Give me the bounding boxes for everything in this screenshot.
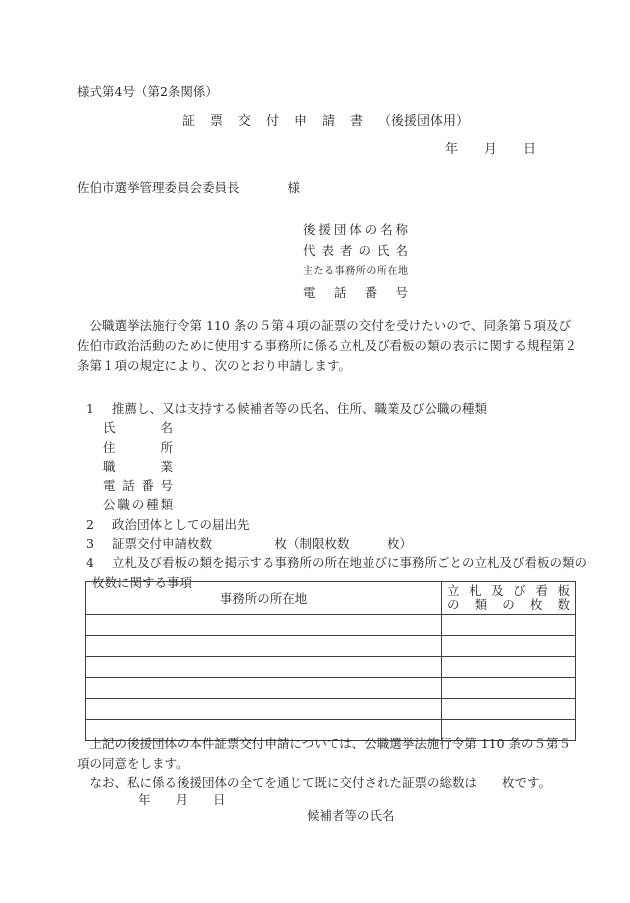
sign-count-column-header: 立札及び看板 の類の枚数 [442, 582, 576, 615]
statement-line: 条第１項の規定により、次のとおり申請します。 [77, 356, 577, 376]
item-text: 推薦し、又は支持する候補者等の氏名、住所、職業及び公職の種類 [112, 401, 487, 416]
candidate-name-signature-label: 候補者等の氏名 [307, 806, 395, 824]
document-title-main: 証票交付申請書 [182, 114, 378, 129]
public-office-type-field-label: 公職の種類 [103, 495, 173, 514]
sign-count-cell [442, 657, 576, 678]
list-item-4: 4立札及び看板の類を掲示する事務所の所在地並びに事務所ごとの立札及び看板の類の [86, 553, 587, 572]
numbered-item-list: 1推薦し、又は支持する候補者等の氏名、住所、職業及び公職の種類 氏名 住所 職業… [86, 399, 587, 592]
sign-count-cell [442, 615, 576, 636]
office-address-column-header: 事務所の所在地 [86, 582, 442, 615]
office-table-row [86, 657, 576, 678]
item-number: 2 [86, 515, 112, 534]
statement-line: 公職選挙法施行令第 110 条の５第４項の証票の交付を受けたいので、同条第５項及… [77, 316, 577, 336]
office-table-row [86, 699, 576, 720]
addressee-honorific: 様 [288, 180, 301, 195]
office-sign-table: 事務所の所在地 立札及び看板 の類の枚数 [85, 581, 576, 741]
addressee-name: 佐伯市選挙管理委員会委員長 [77, 180, 240, 195]
form-number: 様式第4号（第2条関係） [77, 82, 218, 100]
office-table-row [86, 636, 576, 657]
candidate-occupation-field-label: 職業 [103, 457, 173, 476]
office-address-cell [86, 657, 442, 678]
list-item-2: 2政治団体としての届出先 [86, 515, 587, 534]
candidate-phone-field-label: 電話番号 [103, 476, 173, 495]
item-text: 証票交付申請枚数 枚（制限枚数 枚） [112, 536, 412, 551]
sign-count-header-line2: の類の枚数 [447, 598, 570, 613]
sign-count-cell [442, 678, 576, 699]
main-office-address-label: 主たる事務所の所在地 [303, 262, 408, 283]
document-title: 証票交付申請書（後援団体用） [182, 110, 469, 129]
office-address-cell [86, 699, 442, 720]
office-address-cell [86, 615, 442, 636]
office-address-cell [86, 678, 442, 699]
addressee-line: 佐伯市選挙管理委員会委員長様 [77, 178, 300, 196]
item-number: 1 [86, 399, 112, 418]
item-text: 立札及び看板の類を掲示する事務所の所在地並びに事務所ごとの立札及び看板の類の [112, 555, 587, 570]
item-number: 4 [86, 553, 112, 572]
application-form-page: 様式第4号（第2条関係） 証票交付申請書（後援団体用） 年 月 日 佐伯市選挙管… [0, 0, 630, 903]
bottom-date-line: 年 月 日 [138, 790, 226, 808]
sign-count-cell [442, 636, 576, 657]
phone-number-label: 電話番号 [303, 283, 408, 304]
office-address-cell [86, 636, 442, 657]
applicant-label-block: 後援団体の名称 代表者の氏名 主たる事務所の所在地 電話番号 [303, 220, 408, 304]
consent-line: 項の同意をします。 [77, 754, 571, 774]
statement-line: 佐伯市政治活動のために使用する事務所に係る立札及び看板の類の表示に関する規程第２ [77, 336, 577, 356]
application-statement: 公職選挙法施行令第 110 条の５第４項の証票の交付を受けたいので、同条第５項及… [77, 316, 577, 376]
list-item-3: 3証票交付申請枚数 枚（制限枚数 枚） [86, 534, 587, 553]
representative-name-label: 代表者の氏名 [303, 241, 408, 262]
sign-count-header-line1: 立札及び看板 [447, 584, 570, 599]
office-table-row [86, 678, 576, 699]
group-name-label: 後援団体の名称 [303, 220, 408, 241]
consent-line: 上記の後援団体の本件証票交付申請については、公職選挙法施行令第 110 条の５第… [77, 734, 571, 754]
list-item-1: 1推薦し、又は支持する候補者等の氏名、住所、職業及び公職の種類 [86, 399, 587, 418]
consent-statement: 上記の後援団体の本件証票交付申請については、公職選挙法施行令第 110 条の５第… [77, 734, 571, 793]
candidate-name-field-label: 氏名 [103, 418, 173, 437]
candidate-address-field-label: 住所 [103, 438, 173, 457]
office-table-header-row: 事務所の所在地 立札及び看板 の類の枚数 [86, 582, 576, 615]
sign-count-cell [442, 699, 576, 720]
item-text: 政治団体としての届出先 [112, 517, 250, 532]
top-date-line: 年 月 日 [445, 138, 536, 157]
office-table-body: 事務所の所在地 立札及び看板 の類の枚数 [86, 582, 576, 741]
document-title-suffix: （後援団体用） [378, 114, 469, 129]
office-table-row [86, 615, 576, 636]
item-number: 3 [86, 534, 112, 553]
